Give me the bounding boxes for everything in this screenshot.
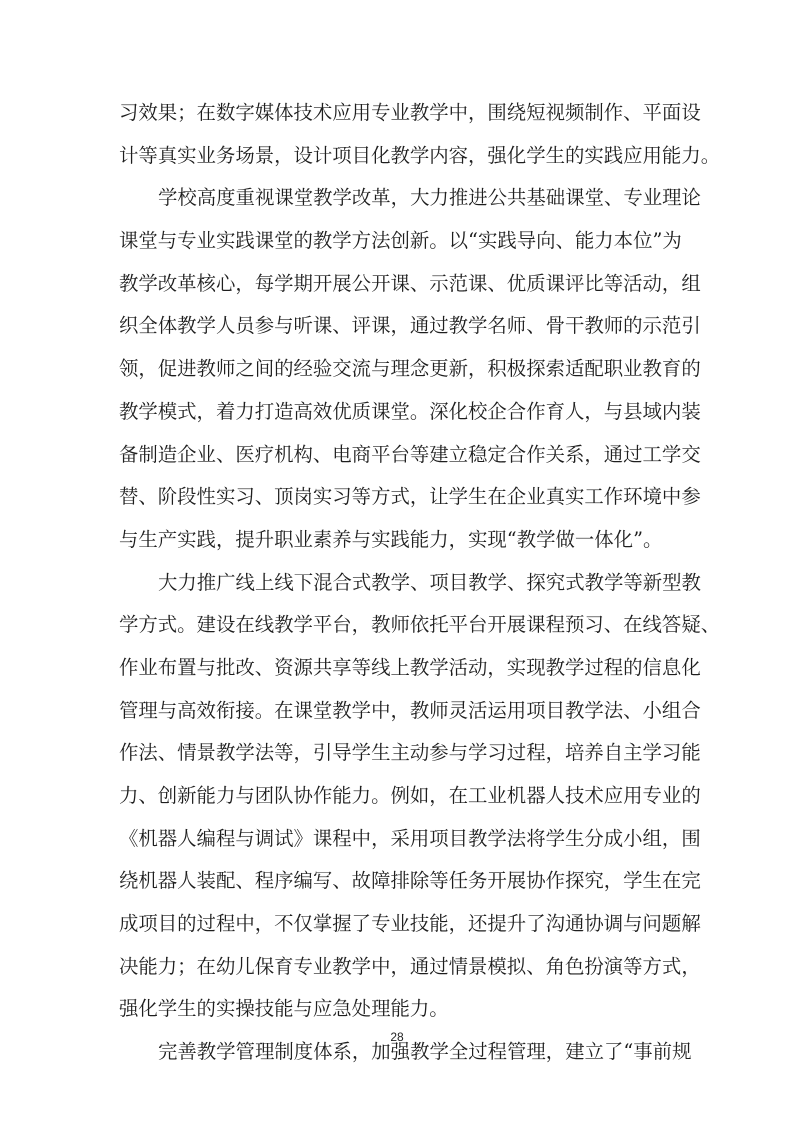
text-line: 作法、情景教学法等，引导学生主动参与学习过程，培养自主学习能 [119, 732, 681, 775]
text-line: 领，促进教师之间的经验交流与理念更新，积极探索适配职业教育的 [119, 348, 681, 391]
page-number: 28 [0, 1030, 794, 1044]
text-line: 管理与高效衔接。在课堂教学中，教师灵活运用项目教学法、小组合 [119, 690, 681, 733]
text-line: 成项目的过程中，不仅掌握了专业技能，还提升了沟通协调与问题解 [119, 903, 681, 946]
text-line: 绕机器人装配、程序编写、故障排除等任务开展协作探究，学生在完 [119, 860, 681, 903]
document-page: 习效果；在数字媒体技术应用专业教学中，围绕短视频制作、平面设计等真实业务场景，设… [0, 0, 794, 1123]
text-line: 作业布置与批改、资源共享等线上教学活动，实现教学过程的信息化 [119, 647, 681, 690]
text-line: 计等真实业务场景，设计项目化教学内容，强化学生的实践应用能力。 [119, 135, 681, 178]
text-line: 教学模式，着力打造高效优质课堂。深化校企合作育人，与县域内装 [119, 391, 681, 434]
text-line: 替、阶段性实习、顶岗实习等方式，让学生在企业真实工作环境中参 [119, 476, 681, 519]
text-line: 大力推广线上线下混合式教学、项目教学、探究式教学等新型教 [119, 562, 681, 605]
text-line: 与生产实践，提升职业素养与实践能力，实现“教学做一体化”。 [119, 519, 681, 562]
text-line: 课堂与专业实践课堂的教学方法创新。以“实践导向、能力本位”为 [119, 220, 681, 263]
text-line: 力、创新能力与团队协作能力。例如，在工业机器人技术应用专业的 [119, 775, 681, 818]
text-line: 强化学生的实操技能与应急处理能力。 [119, 988, 681, 1031]
text-line: 学方式。建设在线教学平台，教师依托平台开展课程预习、在线答疑、 [119, 604, 681, 647]
body-text: 习效果；在数字媒体技术应用专业教学中，围绕短视频制作、平面设计等真实业务场景，设… [119, 92, 681, 1074]
text-line: 学校高度重视课堂教学改革，大力推进公共基础课堂、专业理论 [119, 177, 681, 220]
text-line: 决能力；在幼儿保育专业教学中，通过情景模拟、角色扮演等方式， [119, 946, 681, 989]
text-line: 习效果；在数字媒体技术应用专业教学中，围绕短视频制作、平面设 [119, 92, 681, 135]
text-line: 《机器人编程与调试》课程中，采用项目教学法将学生分成小组，围 [119, 818, 681, 861]
text-line: 织全体教学人员参与听课、评课，通过教学名师、骨干教师的示范引 [119, 305, 681, 348]
text-line: 备制造企业、医疗机构、电商平台等建立稳定合作关系，通过工学交 [119, 434, 681, 477]
text-line: 教学改革核心，每学期开展公开课、示范课、优质课评比等活动，组 [119, 263, 681, 306]
